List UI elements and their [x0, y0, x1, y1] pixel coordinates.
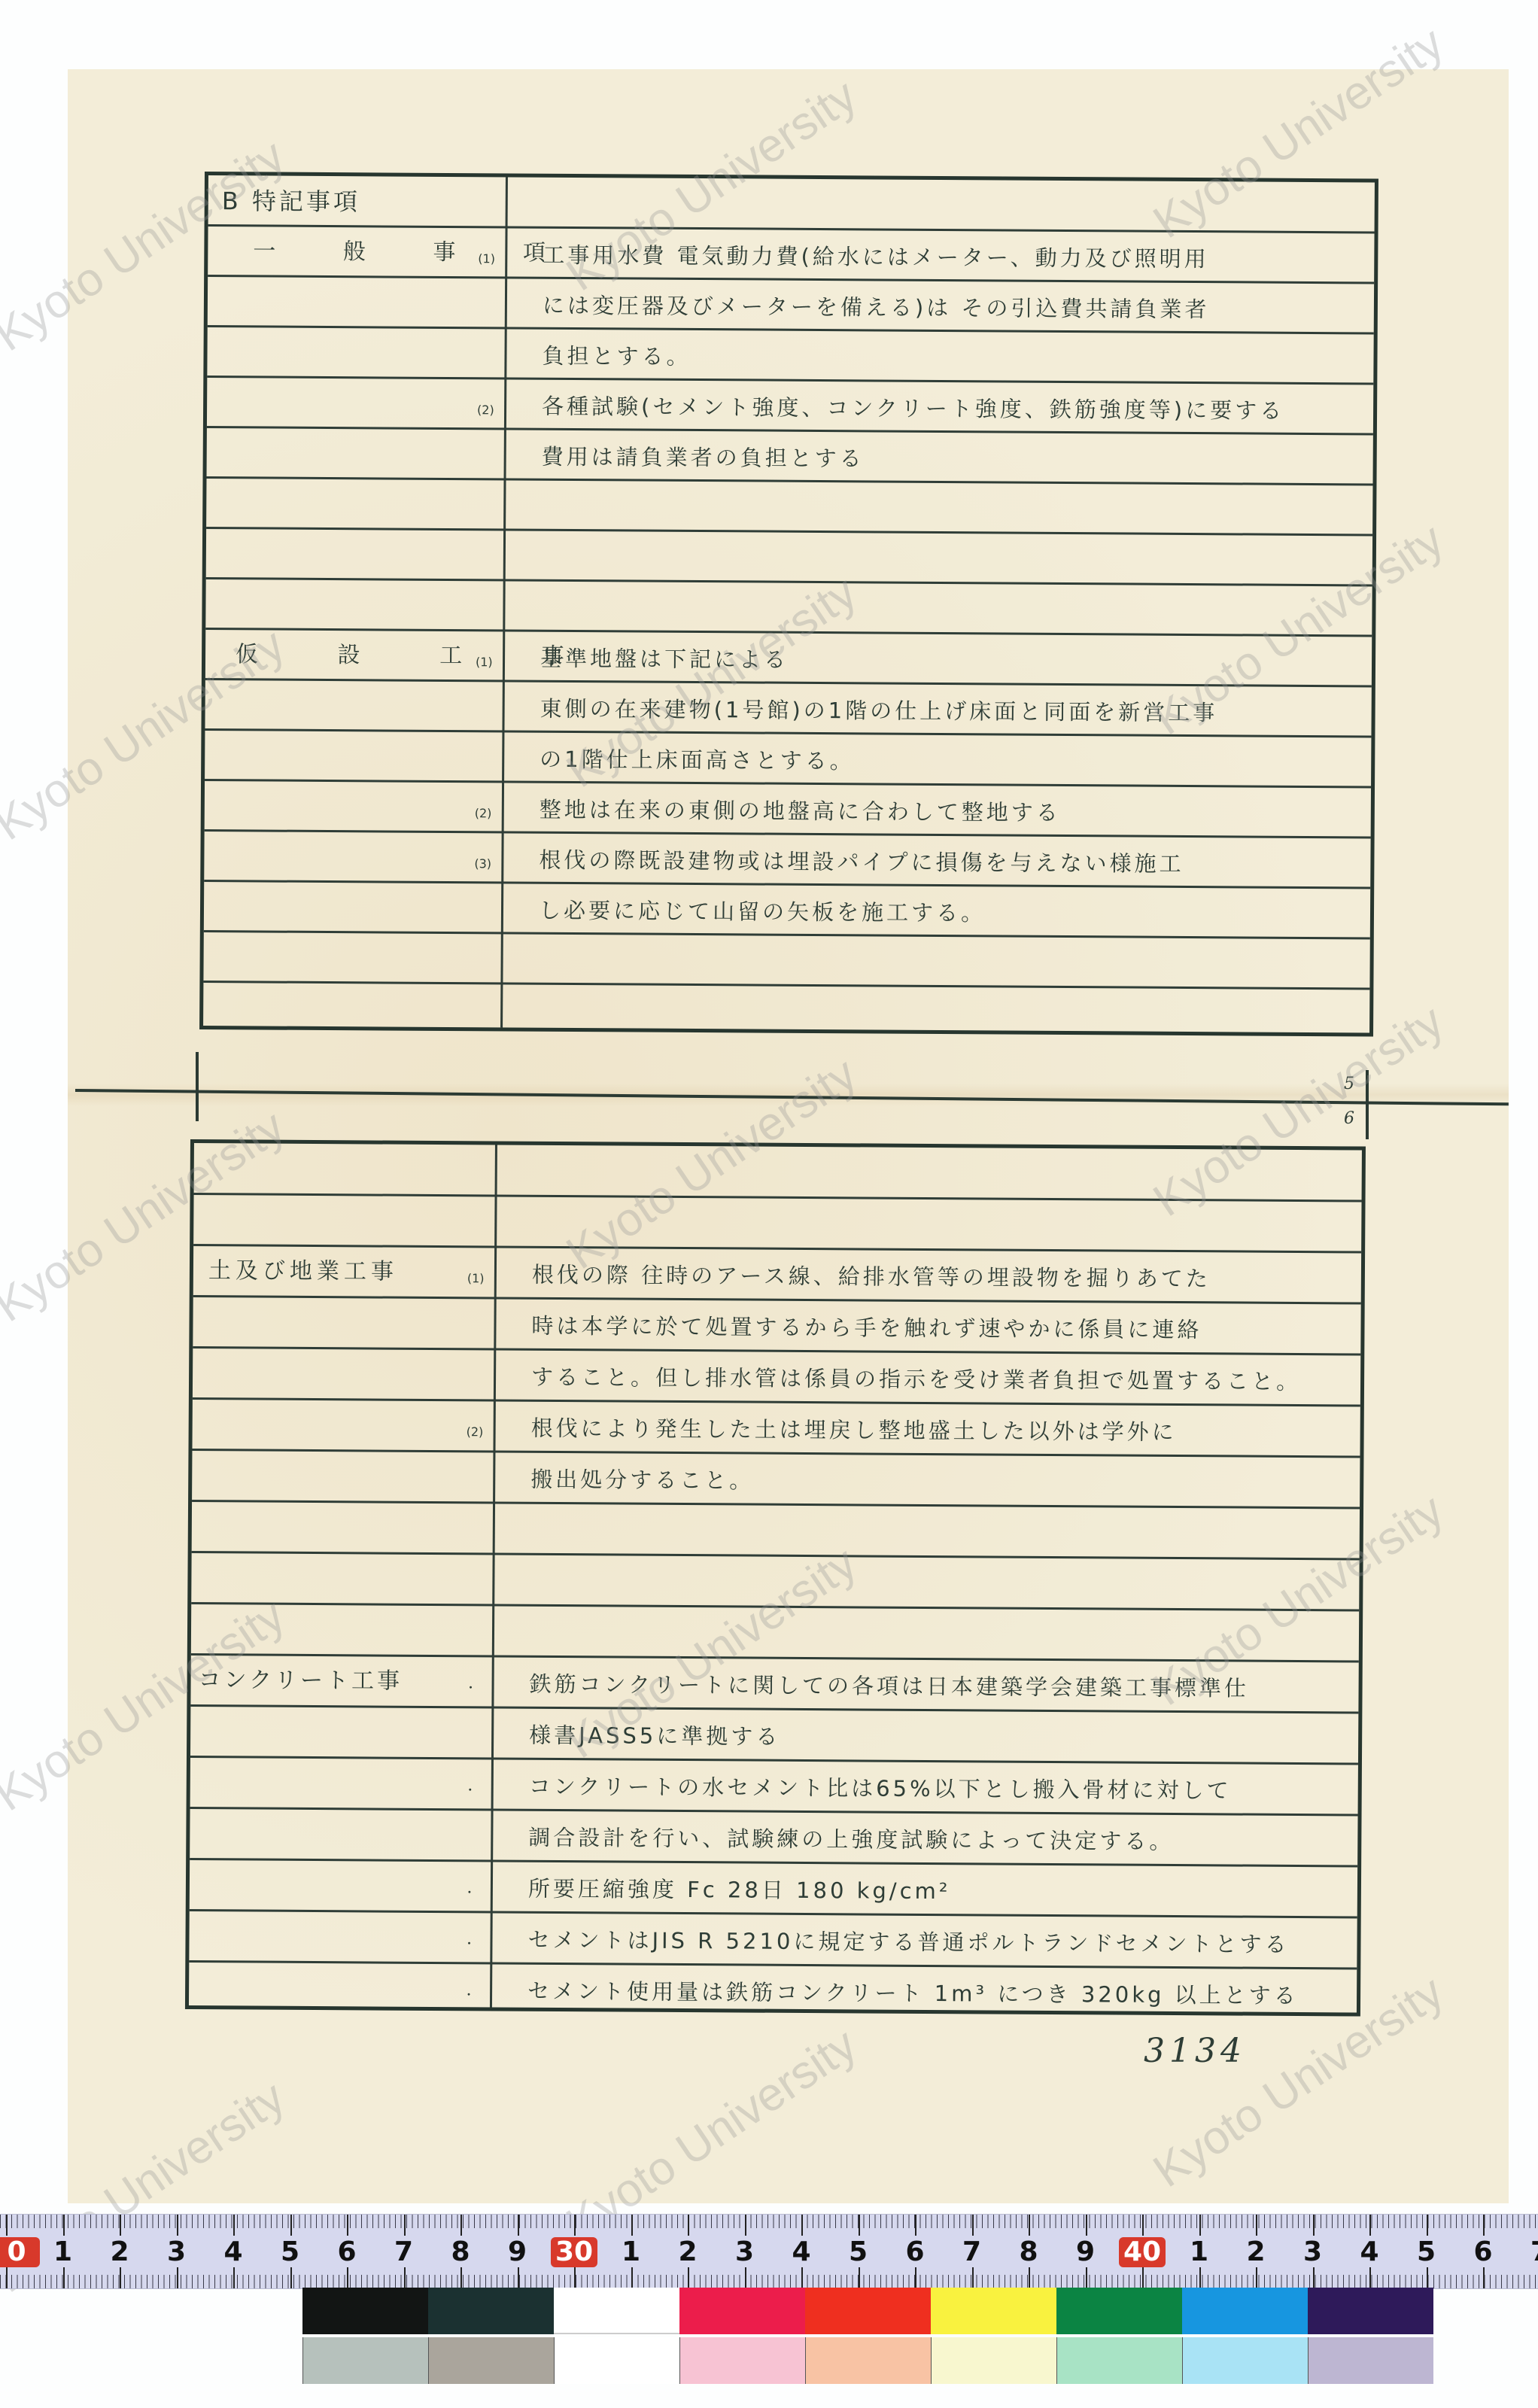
- color-patch: [679, 2337, 805, 2384]
- scale-ruler: 012345678930123456789401234567: [0, 2214, 1538, 2289]
- ruler-label: 3: [730, 2237, 760, 2267]
- table-rule: [193, 1397, 1360, 1406]
- color-patch: [554, 2337, 679, 2384]
- ruler-major-tick: [347, 2215, 348, 2236]
- ruler-major-tick: [859, 2215, 860, 2236]
- ruler-label: 40: [1119, 2237, 1166, 2267]
- section-label: 土及び地業工事: [208, 1256, 398, 1288]
- color-patch: [931, 2288, 1056, 2334]
- ruler-label: 2: [105, 2237, 135, 2267]
- color-patch: [1056, 2337, 1182, 2384]
- ruler-major-tick: [460, 2267, 462, 2288]
- spec-text-line: 搬出処分すること。: [530, 1464, 754, 1496]
- fold-tick-left: [196, 1052, 199, 1121]
- column-divider: [500, 177, 508, 1027]
- ruler-label: 3: [162, 2237, 192, 2267]
- spec-text-line: 所要圧縮強度 Fc 28日 180 kg/cm²: [528, 1874, 951, 1906]
- item-number: (1): [467, 1271, 485, 1286]
- spec-text-line: し必要に応じて山留の矢板を施工する。: [539, 895, 986, 929]
- color-patch: [554, 2288, 679, 2334]
- ruler-major-tick: [859, 2267, 860, 2288]
- spec-text-line: すること。但し排水管は係員の指示を受け業者負担で処置すること。: [531, 1362, 1301, 1397]
- color-patch: [931, 2337, 1056, 2384]
- ruler-major-tick: [120, 2267, 121, 2288]
- lower-spec-table: 土及び地業工事(1)根伐の際 往時のアース線、給排水管等の埋設物を掘りあてた時は…: [185, 1139, 1366, 2017]
- table-rule: [192, 1551, 1360, 1560]
- ruler-major-tick: [1256, 2215, 1257, 2236]
- ruler-major-tick: [404, 2215, 406, 2236]
- ruler-major-tick: [404, 2267, 406, 2288]
- spec-text-line: 鉄筋コンクリートに関しての各項は日本建築学会建築工事標準仕: [529, 1669, 1249, 1704]
- table-rule: [190, 1756, 1358, 1765]
- ruler-label: 4: [786, 2237, 816, 2267]
- table-rule: [205, 628, 1372, 637]
- ruler-major-tick: [1313, 2267, 1315, 2288]
- ruler-major-tick: [631, 2215, 633, 2236]
- table-rule: [191, 1653, 1359, 1662]
- spec-text-line: 負担とする。: [542, 341, 691, 372]
- table-rule: [190, 1704, 1358, 1713]
- table-rule: [193, 1244, 1361, 1253]
- color-patch: [805, 2288, 931, 2334]
- ruler-major-tick: [1029, 2215, 1030, 2236]
- table-rule: [194, 1193, 1362, 1202]
- table-rule: [208, 224, 1375, 233]
- table-rule: [205, 779, 1371, 788]
- item-number: ・: [464, 1680, 476, 1695]
- ruler-major-tick: [972, 2267, 974, 2288]
- item-number: ・: [463, 1987, 475, 2002]
- table-rule: [192, 1500, 1360, 1509]
- table-rule: [207, 476, 1373, 485]
- ruler-major-tick: [688, 2267, 689, 2288]
- ruler-label: 1: [48, 2237, 78, 2267]
- ruler-major-tick: [915, 2215, 916, 2236]
- ruler-major-tick: [1313, 2215, 1315, 2236]
- table-rule: [205, 678, 1372, 687]
- ruler-major-tick: [1427, 2267, 1428, 2288]
- ruler-major-tick: [518, 2267, 519, 2288]
- spec-text-line: 根伐の際既設建物或は埋設パイプに損傷を与えない様施工: [539, 845, 1184, 879]
- ruler-ticks: [0, 2215, 1538, 2228]
- ruler-label: 0: [0, 2237, 40, 2267]
- table-rule: [191, 1602, 1359, 1611]
- color-patch: [428, 2288, 554, 2334]
- ruler-label: 2: [673, 2237, 703, 2267]
- item-number: (3): [474, 856, 491, 871]
- ruler-major-tick: [631, 2267, 633, 2288]
- table-rule: [193, 1295, 1361, 1304]
- color-patch: [302, 2337, 428, 2384]
- table-rule: [190, 1909, 1357, 1918]
- ruler-label: 6: [1468, 2237, 1498, 2267]
- table-rule: [193, 1346, 1360, 1355]
- ruler-major-tick: [518, 2215, 519, 2236]
- ruler-label: 5: [843, 2237, 874, 2267]
- ruler-label: 9: [503, 2237, 533, 2267]
- ruler-major-tick: [915, 2267, 916, 2288]
- spec-text-line: 東側の在来建物(1号館)の1階の仕上げ床面と同面を新営工事: [540, 694, 1218, 728]
- ruler-major-tick: [1029, 2267, 1030, 2288]
- ruler-major-tick: [1483, 2215, 1485, 2236]
- table-rule: [190, 1858, 1357, 1867]
- ruler-major-tick: [688, 2215, 689, 2236]
- table-rule: [205, 829, 1371, 838]
- table-rule: [208, 275, 1374, 284]
- spec-text-line: 根伐の際 往時のアース線、給排水管等の埋設物を掘りあてた: [532, 1260, 1211, 1294]
- ruler-ticks: [0, 2275, 1538, 2288]
- item-number: (2): [477, 403, 494, 418]
- ruler-label: 3: [1298, 2237, 1328, 2267]
- spec-text-line: 費用は請負業者の負担とする: [542, 442, 865, 474]
- ruler-major-tick: [177, 2215, 178, 2236]
- item-number: ・: [464, 1783, 476, 1798]
- archive-number: 3134: [1144, 2032, 1246, 2070]
- spec-text-line: の1階仕上床面高さとする。: [540, 744, 855, 777]
- table-rule: [203, 981, 1369, 990]
- ruler-label: 9: [1071, 2237, 1101, 2267]
- spec-text-line: 工事用水費 電気動力費(給水にはメーター、動力及び照明用: [543, 240, 1209, 274]
- ruler-major-tick: [574, 2267, 576, 2288]
- ruler-major-tick: [63, 2267, 65, 2288]
- table-rule: [192, 1449, 1360, 1458]
- color-patch: [1308, 2288, 1433, 2334]
- spec-text-line: 基準地盤は下記による: [540, 643, 789, 675]
- ruler-major-tick: [1199, 2267, 1201, 2288]
- spec-text-line: 時は本学に於て処置するから手を触れず速やかに係員に連絡: [531, 1311, 1202, 1345]
- page-number-lower: 6: [1344, 1111, 1354, 1127]
- ruler-label: 7: [1525, 2237, 1538, 2267]
- ruler-label: 1: [1184, 2237, 1214, 2267]
- spec-text-line: 各種試験(セメント強度、コンクリート強度、鉄筋強度等)に要する: [542, 391, 1284, 426]
- spec-text-line: 様書JASS5に準拠する: [529, 1720, 780, 1752]
- ruler-major-tick: [1427, 2215, 1428, 2236]
- color-patch: [679, 2288, 805, 2334]
- ruler-major-tick: [1142, 2267, 1144, 2288]
- ruler-major-tick: [177, 2267, 178, 2288]
- fold-tick-right: [1366, 1070, 1369, 1139]
- spec-text-line: 根伐により発生した土は埋戻し整地盛土した以外は学外に: [531, 1413, 1177, 1447]
- item-number: (1): [476, 655, 493, 670]
- section-header: B 特記事項: [222, 186, 360, 217]
- ruler-major-tick: [745, 2267, 746, 2288]
- color-patch: [805, 2337, 931, 2384]
- table-rule: [207, 375, 1373, 385]
- color-patch: [1182, 2288, 1308, 2334]
- table-rule: [205, 728, 1371, 737]
- ruler-major-tick: [290, 2267, 292, 2288]
- color-patch: [428, 2337, 554, 2384]
- ruler-label: 8: [445, 2237, 476, 2267]
- ruler-label: 4: [218, 2237, 248, 2267]
- ruler-label: 7: [389, 2237, 419, 2267]
- ruler-label: 8: [1014, 2237, 1044, 2267]
- color-patch: [1308, 2337, 1433, 2384]
- ruler-major-tick: [460, 2215, 462, 2236]
- ruler-major-tick: [574, 2215, 576, 2236]
- ruler-major-tick: [1199, 2215, 1201, 2236]
- ruler-major-tick: [347, 2267, 348, 2288]
- ruler-major-tick: [233, 2267, 235, 2288]
- ruler-label: 2: [1241, 2237, 1271, 2267]
- ruler-major-tick: [233, 2215, 235, 2236]
- color-patch: [1056, 2288, 1182, 2334]
- item-number: (2): [475, 806, 492, 821]
- spec-text-line: セメント使用量は鉄筋コンクリート 1m³ につき 320kg 以上とする: [527, 1976, 1299, 2011]
- ruler-major-tick: [290, 2215, 292, 2236]
- spec-text-line: 整地は在来の東側の地盤高に合わして整地する: [540, 795, 1061, 828]
- spec-text-line: 調合設計を行い、試験練の上強度試験によって決定する。: [528, 1823, 1174, 1856]
- ruler-label: 7: [957, 2237, 987, 2267]
- color-patch: [1182, 2337, 1308, 2384]
- item-number: ・: [464, 1885, 476, 1900]
- section-label: コンクリート工事: [198, 1665, 403, 1697]
- ruler-label: 5: [1412, 2237, 1442, 2267]
- ruler-major-tick: [745, 2215, 746, 2236]
- ruler-label: 4: [1354, 2237, 1385, 2267]
- ruler-major-tick: [6, 2215, 8, 2236]
- ruler-major-tick: [801, 2215, 803, 2236]
- ruler-label: 30: [551, 2237, 597, 2267]
- ruler-major-tick: [1369, 2267, 1371, 2288]
- column-divider: [490, 1145, 497, 2007]
- ruler-label: 6: [332, 2237, 362, 2267]
- item-number: ・: [463, 1936, 475, 1951]
- ruler-major-tick: [801, 2267, 803, 2288]
- ruler-label: 1: [616, 2237, 646, 2267]
- table-rule: [189, 1960, 1357, 1969]
- table-rule: [190, 1807, 1358, 1816]
- table-rule: [206, 527, 1372, 536]
- spec-text-line: には変圧器及びメーターを備える)は その引込費共請負業者: [543, 290, 1210, 324]
- ruler-label: 6: [900, 2237, 930, 2267]
- ruler-major-tick: [1142, 2215, 1144, 2236]
- ruler-major-tick: [1369, 2215, 1371, 2236]
- ruler-major-tick: [63, 2215, 65, 2236]
- ruler-major-tick: [120, 2215, 121, 2236]
- spec-text-line: コンクリートの水セメント比は65%以下とし搬入骨材に対して: [529, 1771, 1232, 1806]
- page-number-upper: 5: [1344, 1076, 1354, 1093]
- spec-text-line: セメントはJIS R 5210に規定する普通ポルトランドセメントとする: [527, 1925, 1289, 1960]
- upper-spec-table: B 特記事項一 般 事 項(1)工事用水費 電気動力費(給水にはメーター、動力及…: [199, 172, 1378, 1037]
- color-patch: [302, 2288, 428, 2334]
- ruler-major-tick: [1086, 2215, 1087, 2236]
- table-rule: [207, 426, 1373, 435]
- table-rule: [204, 930, 1370, 939]
- ruler-major-tick: [6, 2267, 8, 2288]
- section-label: 一 般 事 項: [253, 236, 576, 269]
- ruler-major-tick: [972, 2215, 974, 2236]
- ruler-label: 5: [275, 2237, 305, 2267]
- item-number: (1): [478, 251, 495, 266]
- table-rule: [206, 577, 1372, 586]
- ruler-major-tick: [1256, 2267, 1257, 2288]
- ruler-major-tick: [1086, 2267, 1087, 2288]
- ruler-major-tick: [1483, 2267, 1485, 2288]
- table-rule: [208, 325, 1374, 334]
- item-number: (2): [467, 1424, 484, 1440]
- table-rule: [204, 880, 1370, 889]
